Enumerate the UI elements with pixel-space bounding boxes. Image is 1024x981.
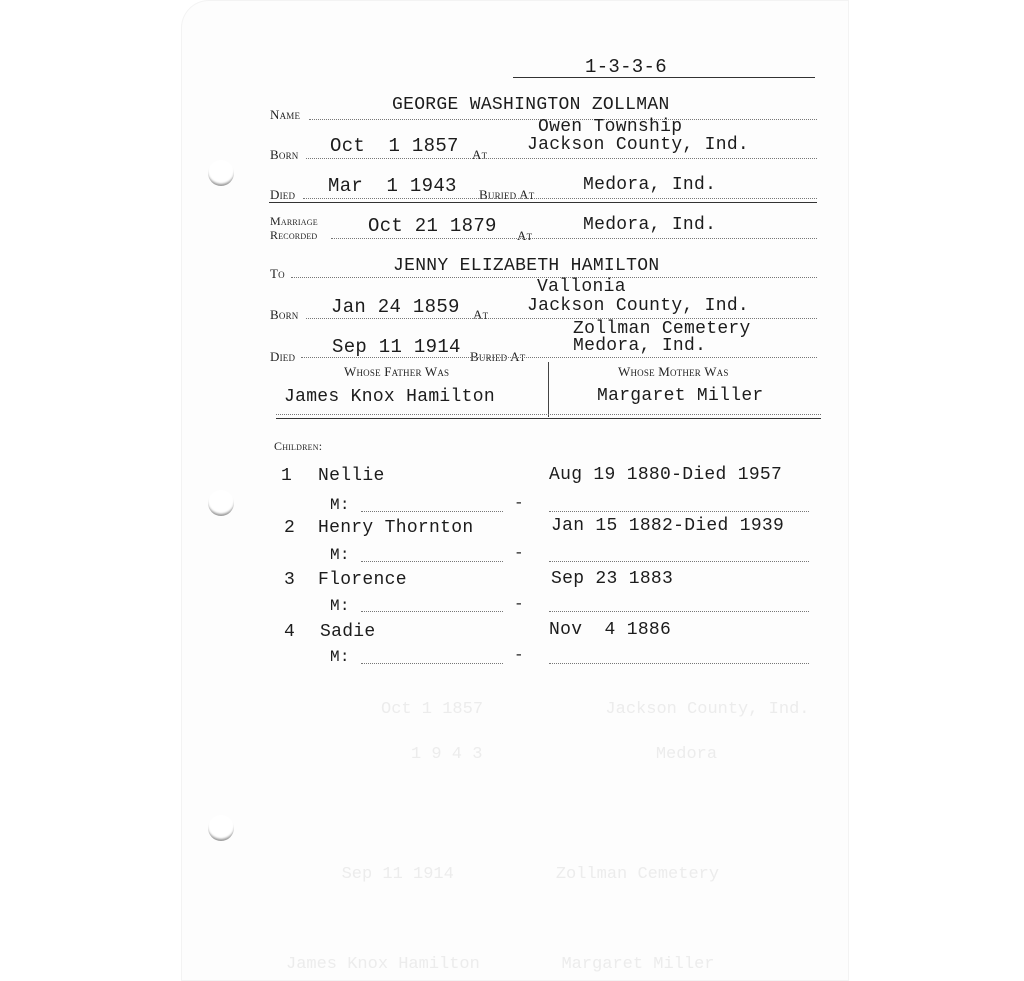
spouse-name-rule [361,611,503,612]
bleed-through-text: James Knox Hamilton Margaret Miller [286,955,714,974]
marriage-rule [331,238,817,239]
wife-born-label: Born [270,307,298,323]
child-number: 3 [284,570,295,590]
hole-punch-top [208,160,234,186]
born-rule [306,158,817,159]
whose-mother-was-label: Whose Mother Was [618,364,729,380]
wife-name: JENNY ELIZABETH HAMILTON [393,256,659,276]
child-dates: Nov 4 1886 [549,620,671,640]
child-number: 2 [284,518,295,538]
marriage-at-label: At [517,228,532,244]
whose-father-was-label: Whose Father Was [344,364,449,380]
marriage-date-rule [549,663,809,664]
child-name: Sadie [320,622,376,642]
buried-at-label: Buried At [479,187,534,203]
wife-born-date: Jan 24 1859 [331,296,460,318]
child-name: Florence [318,570,407,590]
spouse-dash: - [514,595,524,613]
marriage-label: Marriage [270,214,318,229]
genealogy-record-card: Oct 1 1857 Jackson County, Ind. 1 9 4 3 … [181,0,849,981]
died-rule [303,198,817,199]
marriage-date-rule [549,561,809,562]
spouse-label: M: [330,648,350,666]
at-label: At [472,147,487,163]
wife-born-place-line1: Vallonia [537,277,626,297]
file-number-rule [513,77,815,78]
bleed-through-text: Sep 11 1914 Zollman Cemetery [311,865,719,884]
parents-section-divider [276,418,821,419]
spouse-name-rule [361,511,503,512]
child-name: Nellie [318,466,385,486]
husband-born-date: Oct 1 1857 [330,135,459,157]
file-number: 1-3-3-6 [585,56,667,78]
born-label: Born [270,147,298,163]
hole-punch-bottom [208,815,234,841]
marriage-date-rule [549,511,809,512]
marriage-place: Medora, Ind. [583,215,716,235]
bleed-through-text: Oct 1 1857 Jackson County, Ind. [381,700,809,719]
children-label: Children: [274,439,322,454]
spouse-dash: - [514,544,524,562]
husband-born-place-line1: Owen Township [538,117,682,137]
wife-buried-at-line2: Medora, Ind. [573,336,706,356]
child-dates: Sep 23 1883 [551,569,673,589]
hole-punch-middle [208,490,234,516]
husband-buried-at: Medora, Ind. [583,175,716,195]
child-dates: Aug 19 1880-Died 1957 [549,465,782,485]
marriage-date: Oct 21 1879 [368,215,497,237]
spouse-name-rule [361,561,503,562]
husband-died-date: Mar 1 1943 [328,175,457,197]
child-dates: Jan 15 1882-Died 1939 [551,516,784,536]
name-label: Name [270,107,300,123]
child-name: Henry Thornton [318,518,473,538]
spouse-dash: - [514,494,524,512]
wife-born-place-line2: Jackson County, Ind. [527,296,749,316]
husband-name: GEORGE WASHINGTON ZOLLMAN [392,95,670,115]
spouse-dash: - [514,646,524,664]
spouse-label: M: [330,496,350,514]
wife-died-rule [301,357,817,358]
husband-born-place-line2: Jackson County, Ind. [527,135,749,155]
spouse-label: M: [330,597,350,615]
recorded-label: Recorded [270,228,317,243]
husband-section-divider [269,202,817,203]
spouse-label: M: [330,546,350,564]
wife-mother-name: Margaret Miller [597,386,764,406]
wife-born-at-label: At [473,307,488,323]
parents-rule [276,414,821,415]
child-number: 1 [281,466,292,486]
parents-divider [548,362,549,417]
marriage-date-rule [549,611,809,612]
to-label: To [270,266,285,282]
wife-father-name: James Knox Hamilton [284,387,495,407]
child-number: 4 [284,622,295,642]
wife-died-date: Sep 11 1914 [332,336,461,358]
spouse-name-rule [361,663,503,664]
bleed-through-text: 1 9 4 3 Medora [411,745,717,764]
died-label: Died [270,187,295,203]
wife-died-label: Died [270,349,295,365]
